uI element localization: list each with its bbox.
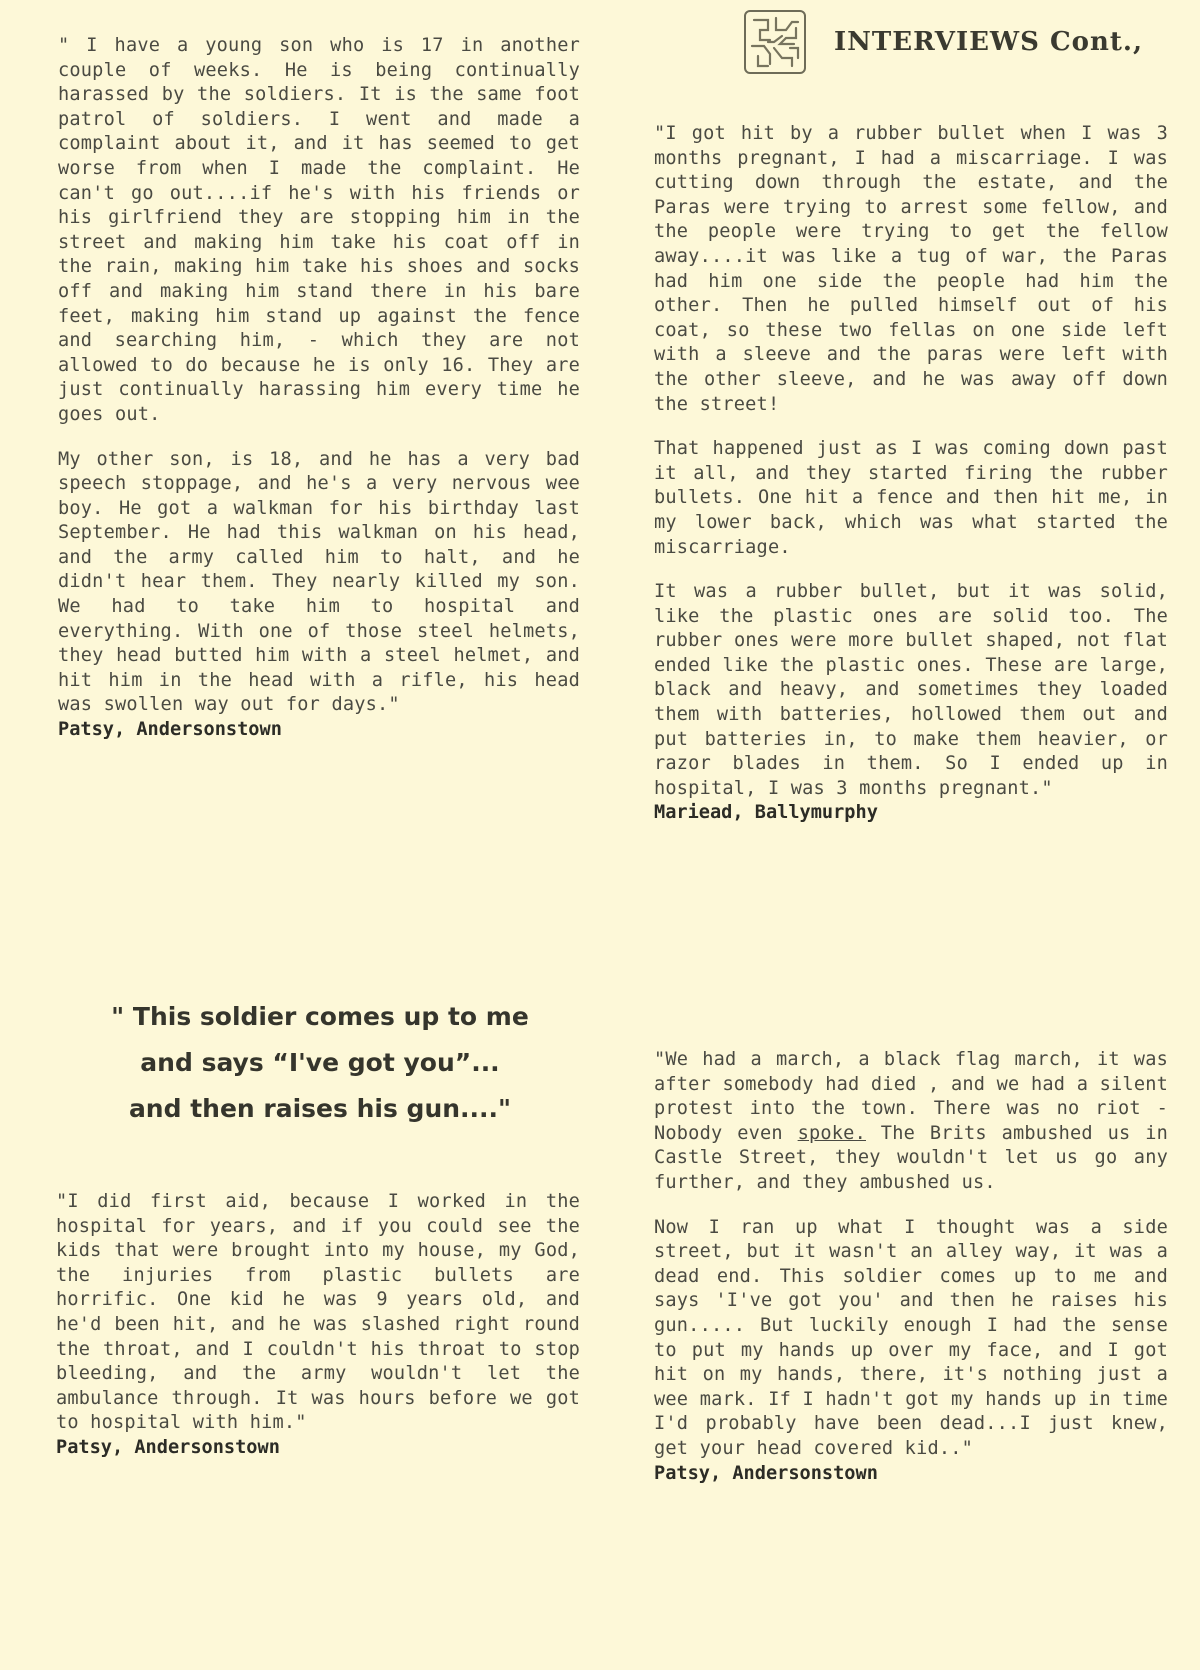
interview-paragraph: "I got hit by a rubber bullet when I was…	[654, 122, 1168, 417]
page-title: INTERVIEWS Cont.,	[834, 27, 1143, 57]
interview-attribution: Patsy, Andersonstown	[56, 1436, 580, 1460]
knot-maze-logo-icon	[744, 10, 806, 74]
underlined-word: spoke.	[798, 1123, 866, 1144]
left-column-lower: "I did first aid, because I worked in th…	[56, 1190, 580, 1460]
pull-quote: " This soldier comes up to me and says “…	[60, 994, 580, 1132]
interview-paragraph: Now I ran up what I thought was a side s…	[654, 1216, 1168, 1462]
pull-quote-line: and then raises his gun...."	[60, 1086, 580, 1132]
section-header: INTERVIEWS Cont.,	[744, 10, 1143, 74]
interview-paragraph: It was a rubber bullet, but it was solid…	[654, 580, 1168, 801]
left-column: " I have a young son who is 17 in anothe…	[58, 34, 580, 742]
interview-attribution: Mariead, Ballymurphy	[654, 801, 1168, 825]
right-column: "I got hit by a rubber bullet when I was…	[654, 122, 1168, 825]
interview-attribution: Patsy, Andersonstown	[58, 718, 580, 742]
right-column-lower: "We had a march, a black flag march, it …	[654, 1048, 1168, 1486]
interview-paragraph: "I did first aid, because I worked in th…	[56, 1190, 580, 1436]
interview-paragraph: "We had a march, a black flag march, it …	[654, 1048, 1168, 1196]
interview-paragraph: " I have a young son who is 17 in anothe…	[58, 34, 580, 428]
pull-quote-line: and says “I've got you”...	[60, 1040, 580, 1086]
interview-attribution: Patsy, Andersonstown	[654, 1462, 1168, 1486]
interview-paragraph: That happened just as I was coming down …	[654, 437, 1168, 560]
pull-quote-line: " This soldier comes up to me	[60, 994, 580, 1040]
interview-paragraph: My other son, is 18, and he has a very b…	[58, 448, 580, 719]
